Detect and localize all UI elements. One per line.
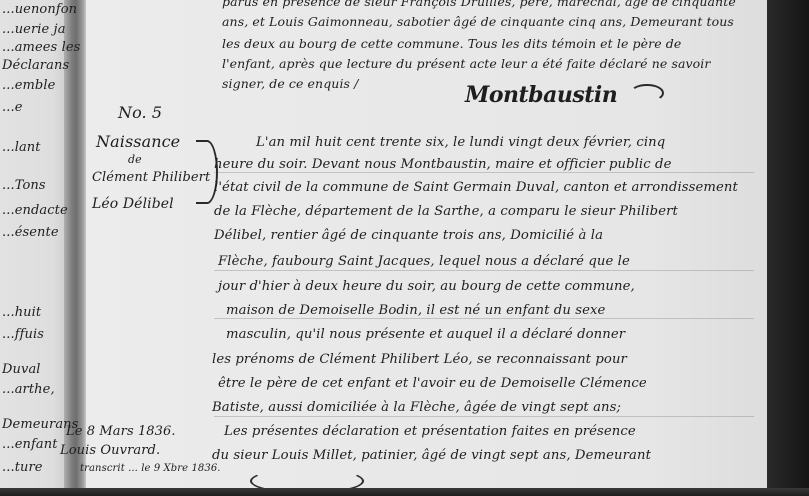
book-gutter	[64, 0, 86, 488]
left-fragment: ...ture	[2, 460, 43, 475]
margin-title: Naissance	[96, 132, 180, 151]
left-fragment: ...Tons	[2, 178, 46, 193]
act-line: Les présentes déclaration et présentatio…	[224, 424, 636, 439]
left-fragment: ...uerie ja	[2, 22, 66, 37]
scan-bottom-border	[0, 488, 809, 496]
margin-note-date: Le 8 Mars 1836.	[66, 424, 176, 439]
left-fragment: ...huit	[2, 305, 41, 320]
act-line: maison de Demoiselle Bodin, il est né un…	[226, 303, 605, 318]
margin-of: de	[128, 153, 142, 166]
signature-flourish	[630, 84, 664, 102]
ruled-line	[214, 270, 754, 271]
left-fragment: ...e	[2, 100, 23, 115]
act-line: L'an mil huit cent trente six, le lundi …	[256, 135, 665, 150]
margin-child-name-line2: Léo Délibel	[92, 196, 174, 212]
left-fragment: ...arthe,	[2, 382, 55, 397]
margin-note-name: Louis Ouvrard.	[60, 443, 160, 458]
previous-act-line: ans, et Louis Gaimonneau, sabotier âgé d…	[222, 14, 734, 29]
left-fragment: ...amees les	[2, 40, 80, 55]
ruled-line	[214, 172, 754, 173]
act-line: Flèche, faubourg Saint Jacques, lequel n…	[218, 254, 630, 269]
margin-child-name-line1: Clément Philibert	[92, 170, 210, 185]
previous-act-line: l'enfant, après que lecture du présent a…	[222, 56, 710, 71]
left-fragment: Déclarans	[2, 58, 69, 73]
act-line: les prénoms de Clément Philibert Léo, se…	[212, 352, 627, 367]
act-line: jour d'hier à deux heure du soir, au bou…	[218, 279, 635, 294]
left-fragment: ...ésente	[2, 225, 59, 240]
act-line: l'état civil de la commune de Saint Germ…	[214, 180, 738, 195]
previous-act-line: les deux au bourg de cette commune. Tous…	[222, 36, 681, 51]
scan-right-border	[767, 0, 809, 496]
left-fragment: ...ffuis	[2, 327, 44, 342]
left-fragment: ...enfant	[2, 437, 58, 452]
mayor-signature: Montbaustin	[465, 82, 617, 108]
previous-act-line: parus en présence de sieur François Drui…	[222, 0, 736, 9]
left-fragment: Duval	[2, 362, 41, 377]
ruled-line	[214, 318, 754, 319]
act-line: Batiste, aussi domiciliée à la Flèche, â…	[212, 400, 621, 415]
scanned-register-page	[0, 0, 809, 496]
act-line: être le père de cet enfant et l'avoir eu…	[218, 376, 647, 391]
ruled-line	[214, 416, 754, 417]
previous-act-line: signer, de ce enquis /	[222, 76, 358, 91]
act-line: Délibel, rentier âgé de cinquante trois …	[214, 228, 603, 243]
act-line: heure du soir. Devant nous Montbaustin, …	[214, 157, 671, 172]
left-fragment: ...emble	[2, 78, 55, 93]
left-fragment: ...uenonfon	[2, 2, 77, 17]
act-line: de la Flèche, département de la Sarthe, …	[214, 204, 678, 219]
left-fragment: ...lant	[2, 140, 41, 155]
act-line: masculin, qu'il nous présente et auquel …	[226, 327, 625, 342]
left-fragment: ...endacte	[2, 203, 68, 218]
act-number: No. 5	[118, 103, 162, 122]
act-line: du sieur Louis Millet, patinier, âgé de …	[212, 448, 651, 463]
margin-note-transcription: transcrit ... le 9 Xbre 1836.	[80, 463, 221, 474]
